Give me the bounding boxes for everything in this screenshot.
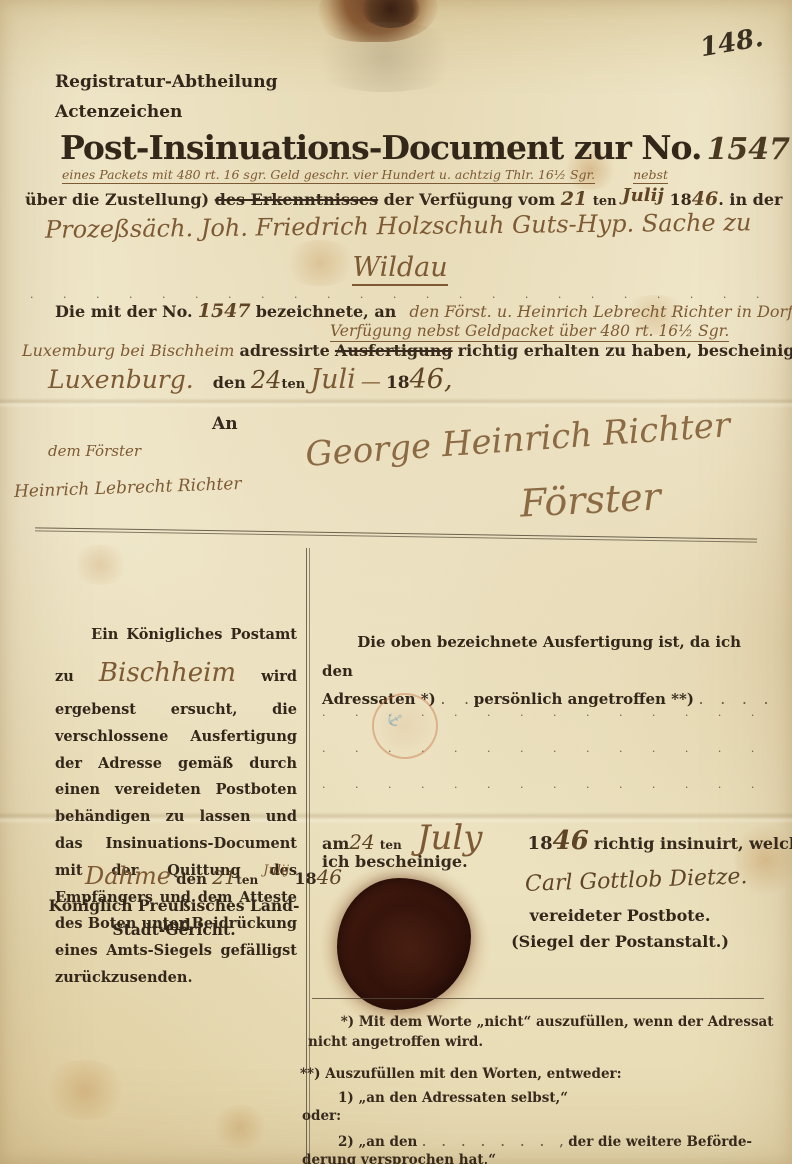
dateline-cent: 18 <box>386 373 410 393</box>
document-title: Post-Insinuations-Document zur No. 1547 <box>60 128 780 167</box>
dateline-day-hw: 24 <box>251 366 282 394</box>
receipt-addressee-hw: den Först. u. Heinrich Lebrecht Richter … <box>409 302 792 321</box>
title-printed: Post-Insinuations-Document zur No. <box>60 128 701 167</box>
court-date-cent: 18 <box>294 869 316 888</box>
footnote-2-dots: . . . . . . . , <box>422 1136 563 1149</box>
footnote-2-option2-end: derung versprochen hat,“ <box>302 1152 496 1164</box>
postamt-office-hw: Bischheim <box>99 658 236 688</box>
dateline-dash-hw: — <box>361 369 381 393</box>
footnote-2-option1: 1) „an den Adressaten selbst,“ <box>338 1090 768 1106</box>
interline-annotation: eines Packets mit 480 rt. 16 sgr. Geld g… <box>62 167 772 182</box>
document-page: { "corner_number": "148.", "header": { "… <box>0 0 792 1164</box>
receipt-geldpacket-text: Verfügung nebst Geldpacket über 480 rt. … <box>330 322 729 342</box>
subject-part1: über die Zustellung) <box>25 190 209 209</box>
insinuation-cent: 18 <box>528 833 553 854</box>
subject-month-hw: Julij <box>622 185 664 206</box>
receipt-line1: Die mit der No. 1547 bezeichnete, an den… <box>55 300 785 322</box>
request-body: ergebenst ersucht, die verschlossene Aus… <box>55 701 297 986</box>
dotted-line: . . . . . . . . . . . . . . <box>322 778 774 791</box>
siegel-label: (Siegel der Postanstalt.) <box>480 932 760 951</box>
left-column-date: Dahme den 21ten Julij 1846 <box>85 862 342 890</box>
insinuation-day-hw: 24 <box>349 830 374 854</box>
court-date-ten: ten <box>236 873 258 887</box>
footnote-2: **) Auszufüllen mit den Worten, entweder… <box>300 1066 776 1082</box>
receipt-tail: richtig erhalten zu haben, bescheinige h… <box>458 341 792 360</box>
subject-part3: . in der <box>718 190 782 209</box>
court-name-line2: Stadt-Gericht. <box>48 920 300 939</box>
dateline-ten: ten <box>281 377 305 392</box>
postbote-label: vereideter Postbote. <box>490 906 750 925</box>
subject-cent: 18 <box>670 190 692 209</box>
court-date-den: den <box>176 870 207 888</box>
postmark-glyphs: ⚓ <box>384 709 406 732</box>
recipient-signature-line2: Förster <box>519 474 662 525</box>
court-date-place-hw: Dahme <box>85 862 171 890</box>
receipt-mid: bezeichnete, an <box>256 302 397 321</box>
dateline-den: den <box>213 373 246 392</box>
court-date-month-hw: Julij <box>263 863 289 878</box>
subject-part2: der Verfügung vom <box>384 190 556 209</box>
dateline-place-hw: Luxenburg. <box>48 365 194 394</box>
receipt-lead: Die mit der No. <box>55 302 193 321</box>
subject-year-hw: 46 <box>692 188 718 210</box>
receipt-line2-hw: Verfügung nebst Geldpacket über 480 rt. … <box>330 322 729 340</box>
postamt-wird: wird <box>261 668 297 685</box>
footnote-2-option2-start: 2) „an den <box>338 1134 417 1150</box>
receipt-adressirte: adressirte <box>240 341 330 360</box>
receipt-line3: Luxemburg bei Bischheim adressirte Ausfe… <box>22 341 782 360</box>
dateline-year-hw: 46, <box>410 364 453 395</box>
footnote-1: *) Mit dem Worte „nicht“ auszufüllen, we… <box>308 1012 776 1053</box>
actenzeichen-label: Actenzeichen <box>55 102 182 122</box>
insinuation-text: richtig insinuirt, welches <box>594 834 792 853</box>
receipt-no-hw: 1547 <box>198 300 251 322</box>
footnote-oder: oder: <box>302 1108 341 1124</box>
title-number-handwritten: 1547 <box>707 132 791 167</box>
subject-line: über die Zustellung) des Erkenntnisses d… <box>25 188 775 210</box>
subject-day-hw: 21 <box>561 188 587 210</box>
footnote-separator <box>312 998 764 999</box>
case-place-text: Wildau <box>352 252 447 286</box>
an-label: An <box>212 414 238 434</box>
footnote-1-line2: nicht angetroffen wird. <box>308 1034 483 1050</box>
dateline-month-hw: Juli <box>310 364 355 395</box>
insinuation-year-hw: 46 <box>553 826 589 856</box>
interline-annotation-text: eines Packets mit 480 rt. 16 sgr. Geld g… <box>62 167 595 184</box>
receipt-luxemburg-hw: Luxemburg bei Bischheim <box>22 341 234 360</box>
postmark-stamp: ⚓ <box>372 693 438 759</box>
court-date-day-hw: 21 <box>212 867 236 889</box>
footnote-2-option2-mid: der die weitere Beförde- <box>568 1134 752 1150</box>
registratur-label: Registratur-Abtheilung <box>55 72 278 92</box>
subject-struck-erkenntnisses: des Erkenntnisses <box>215 190 378 209</box>
attest-line1: Die oben bezeichnete Ausfertigung ist, d… <box>322 633 741 680</box>
case-place-hw: Wildau <box>250 252 550 283</box>
dateline: Luxenburg. den 24ten Juli — 1846, <box>48 364 648 395</box>
footnote-1-line1: *) Mit dem Worte „nicht“ auszufüllen, we… <box>341 1014 774 1030</box>
addressee-line1-hw: dem Förster <box>48 442 141 460</box>
insinuation-ten: ten <box>380 838 402 852</box>
subject-ten: ten <box>593 194 617 209</box>
interline-annotation-tail: nebst <box>633 167 668 184</box>
insinuation-am: am <box>322 834 349 853</box>
receipt-struck-ausfertigung: Ausfertigung <box>335 341 453 360</box>
footnote-2-option2: 2) „an den . . . . . . . , der die weite… <box>338 1134 778 1150</box>
